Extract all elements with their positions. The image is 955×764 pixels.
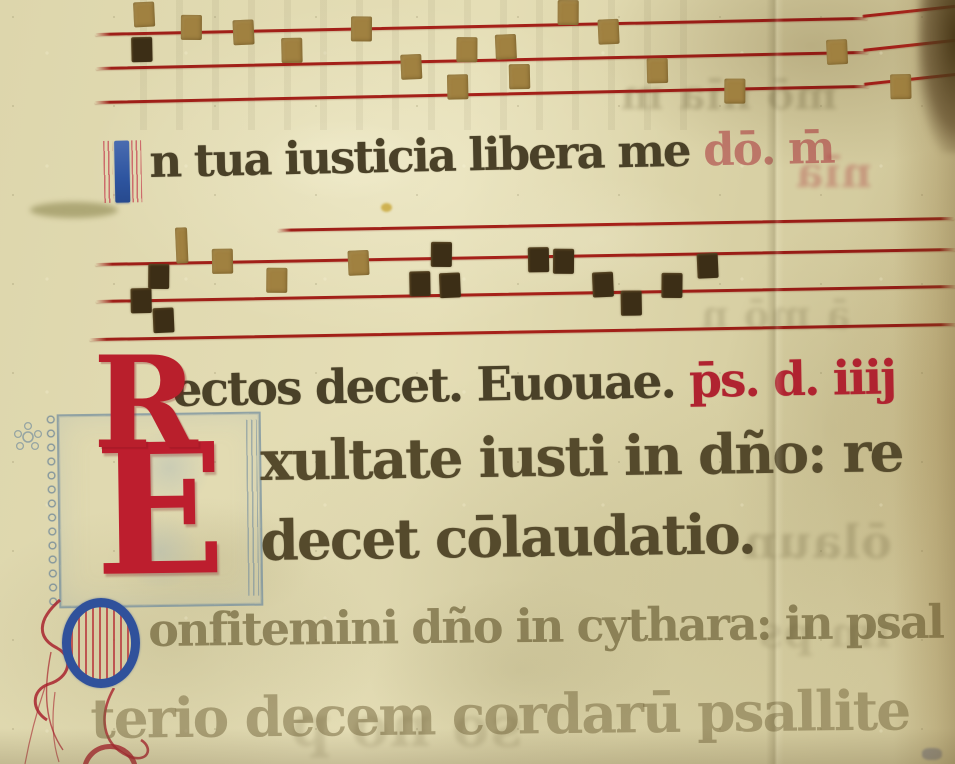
flower-doodle [6,415,50,459]
neume [175,227,189,263]
psalm-text-faded: onfitemini dño in cythara: in psal [148,598,943,655]
neume [348,250,370,276]
neume [592,272,614,298]
neume [661,273,682,298]
neume [266,268,287,293]
rubric-text: ectos decet. Euouae. [172,357,690,415]
staff-line [96,285,955,303]
psalm-text: xultate iusti in dño: re [260,423,903,490]
initial-I-bar [114,140,130,202]
initial-C [62,598,140,688]
psalm-text-line: onfitemini dño in cythara: in psal [148,598,943,655]
psalm-text: decet cōlaudatio. [260,505,755,570]
psalm-text-line: xultate iusti in dño: re [260,423,903,490]
penwork-hatch [131,140,142,202]
bottom-edge-shadow [0,728,955,764]
neume [553,249,574,274]
neume [130,288,151,313]
neume [697,253,719,279]
neume [439,272,461,298]
neume [528,247,549,272]
neume [148,264,169,289]
staff-line [89,323,955,341]
initial-I [103,140,142,203]
psalm-text-line: decet cōlaudatio. [260,505,755,570]
penwork-hatch [103,141,113,203]
initial-R: R [93,352,198,455]
rubric-red-text: p̄s. d. iiij [689,353,896,406]
manuscript-page: n tua iusticia libera me dō. m̄ R ectos … [0,0,955,764]
page-curve-shadow [893,0,955,764]
neume [212,249,233,274]
neume [431,242,452,267]
vertical-crease [766,0,784,764]
staff-line [277,217,954,232]
rubric-line: ectos decet. Euouae. p̄s. d. iiij [172,353,896,415]
neume [621,290,642,315]
chant-text: n tua iusticia libera me [149,126,704,185]
neume [409,271,430,296]
